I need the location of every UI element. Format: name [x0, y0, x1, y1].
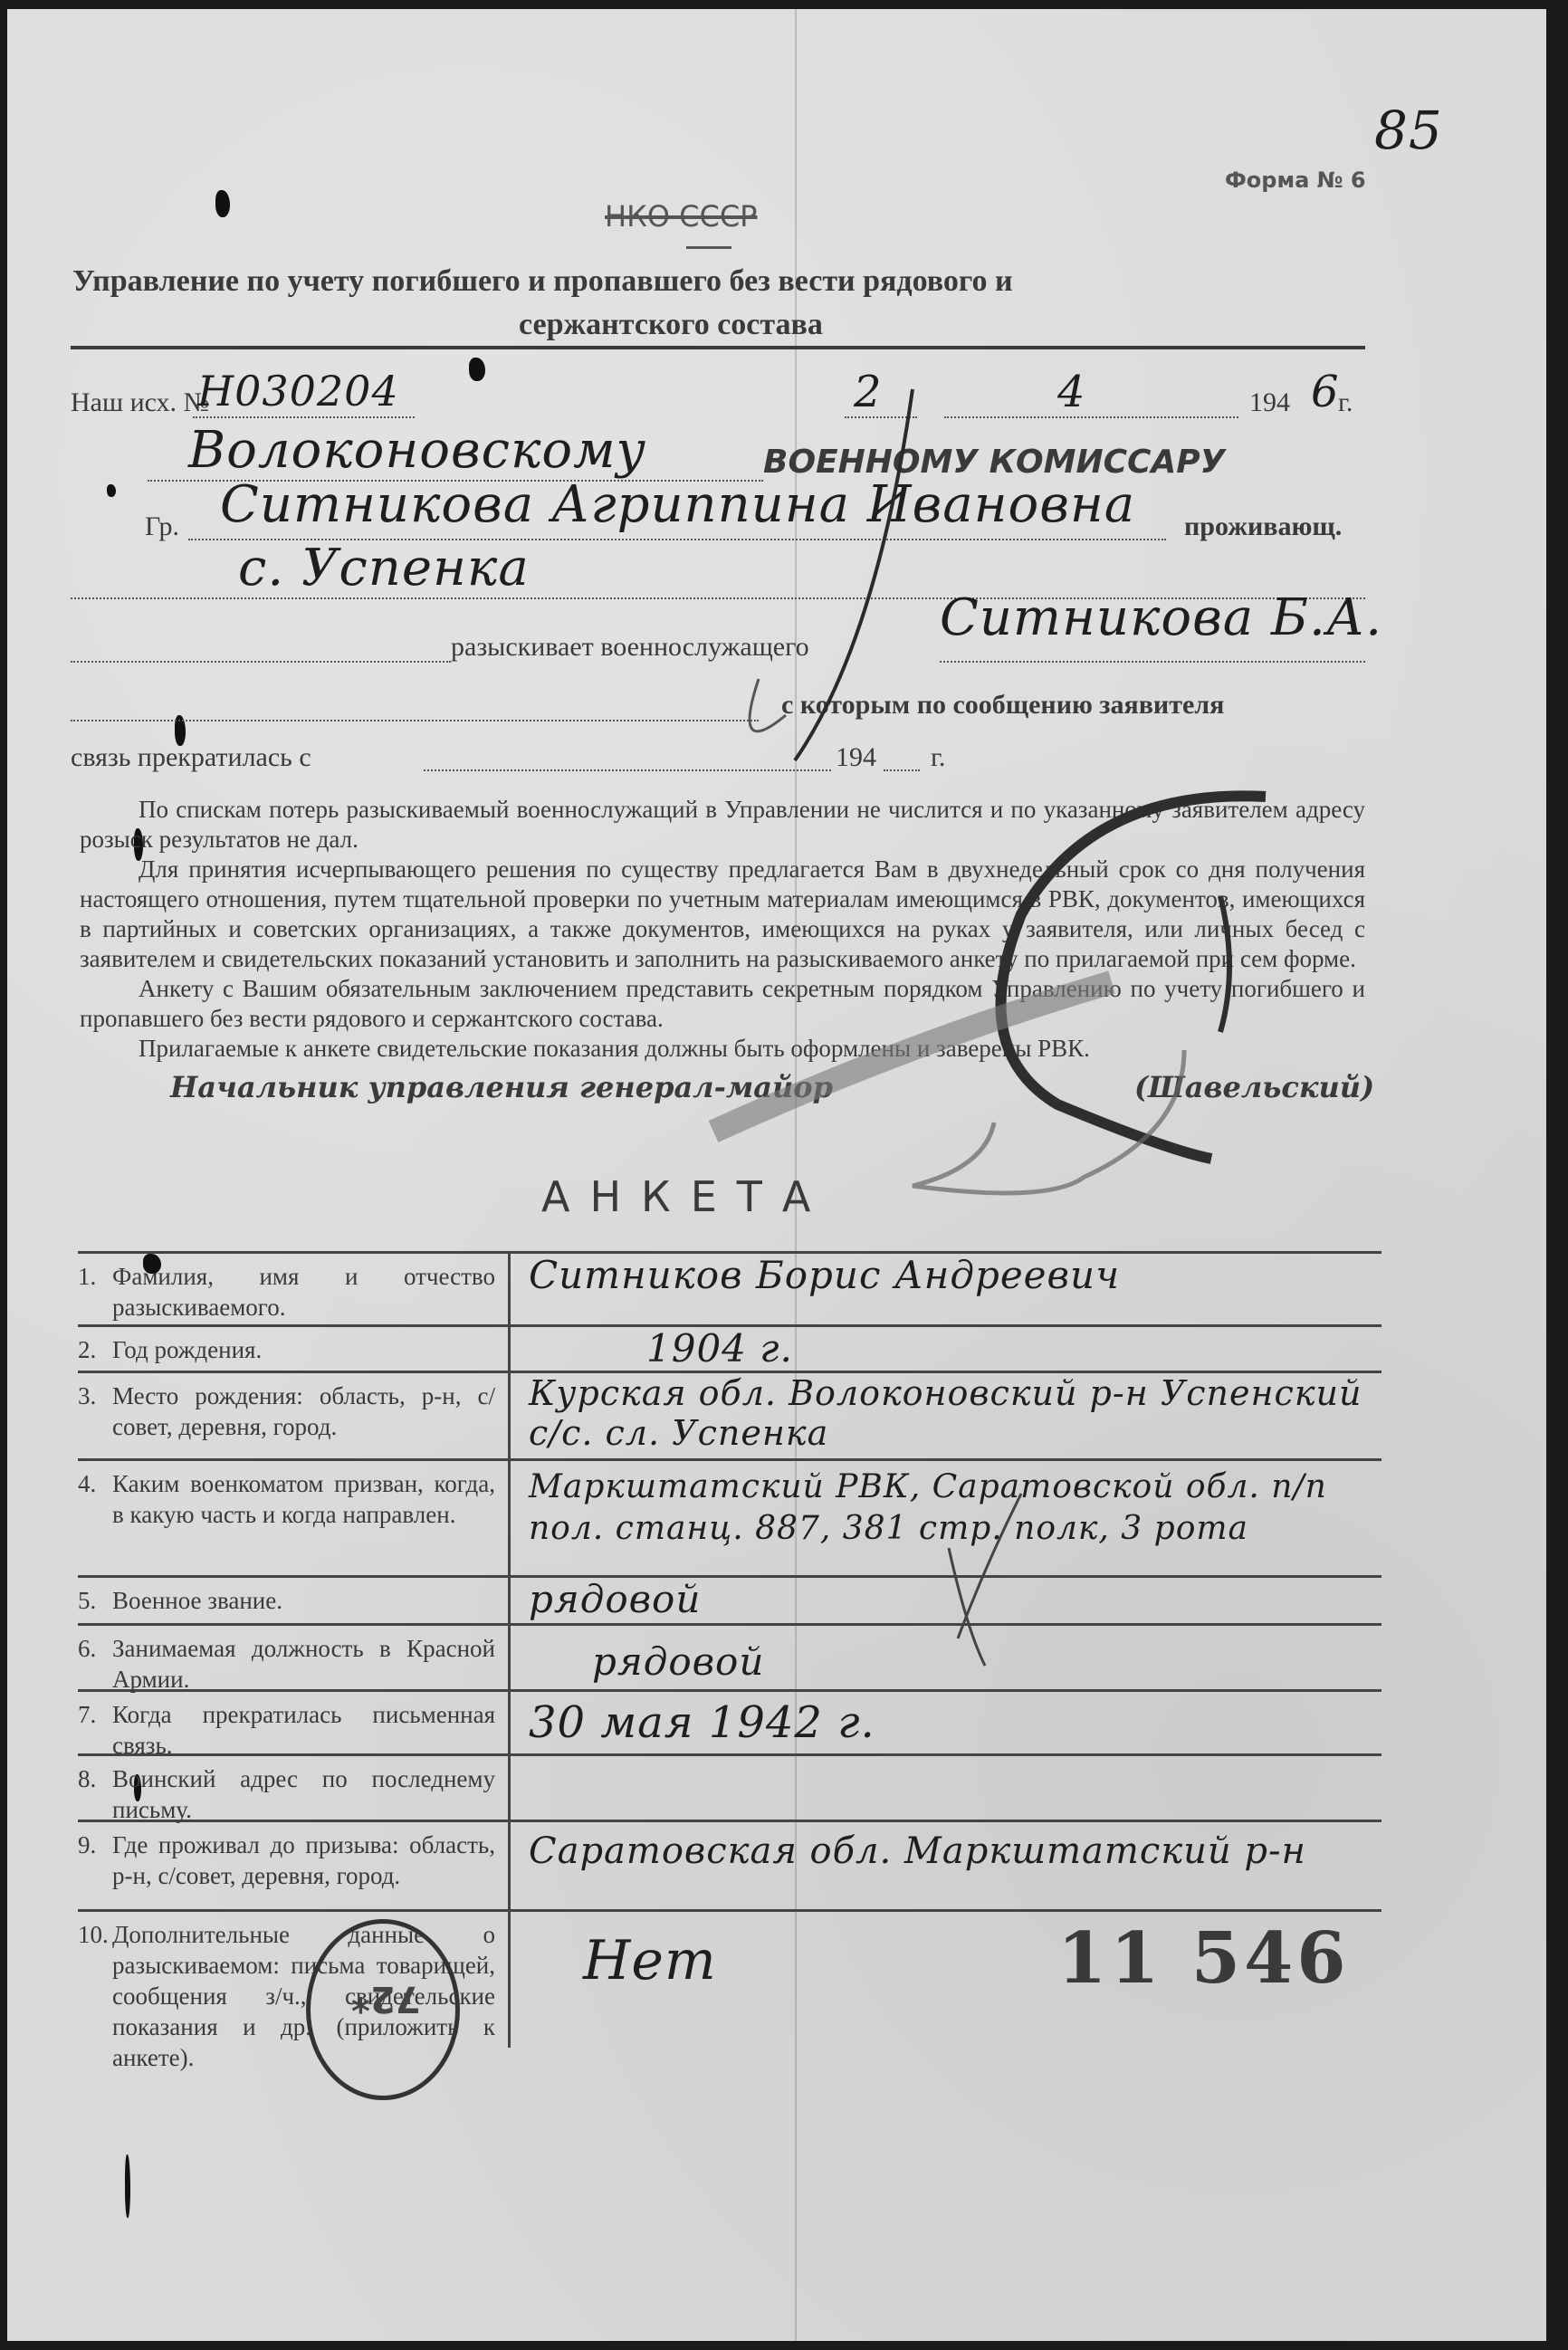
row-number: 4.	[78, 1468, 112, 1568]
row-label: Воинский адрес по последнему письму.	[112, 1763, 495, 1812]
row-value: рядовой	[511, 1578, 1382, 1623]
table-row: 8.Воинский адрес по последнему письму.	[78, 1756, 1382, 1822]
table-row: 5.Военное звание. рядовой	[78, 1578, 1382, 1626]
row-number: 3.	[78, 1380, 112, 1451]
row-label: Место рождения: область, р-н, с/совет, д…	[112, 1380, 495, 1451]
table-row: 3.Место рождения: область, р-н, с/совет,…	[78, 1373, 1382, 1461]
row-label: Год рождения.	[112, 1334, 262, 1363]
row-number: 2.	[78, 1334, 112, 1363]
row-number: 6.	[78, 1633, 112, 1682]
table-row: 7.Когда прекратилась письменная связь. 3…	[78, 1692, 1382, 1756]
row-value: 30 мая 1942 г.	[511, 1692, 1382, 1753]
table-row: 6.Занимаемая должность в Красной Армии. …	[78, 1626, 1382, 1692]
table-row: 1.Фамилия, имя и отчество разыскиваемого…	[78, 1254, 1382, 1327]
document-page: 85 Форма № 6 НКО СССР Управление по учет…	[7, 9, 1546, 2341]
row-label: Каким военкоматом призван, когда, в каку…	[112, 1468, 495, 1568]
row-number: 10.	[78, 1919, 112, 2040]
row-number: 5.	[78, 1585, 112, 1616]
row-value: Маркштатский РВК, Саратовской обл. п/п п…	[511, 1461, 1382, 1575]
row-value: Ситников Борис Андреевич	[511, 1254, 1382, 1324]
row-label: Занимаемая должность в Красной Армии.	[112, 1633, 495, 1682]
circle-stamp: 72*	[306, 1919, 460, 2100]
row-label: Когда прекратилась письменная связь.	[112, 1699, 495, 1746]
row-number: 7.	[78, 1699, 112, 1746]
table-row: 2.Год рождения. 1904 г.	[78, 1327, 1382, 1373]
row-label: Фамилия, имя и отчество разыскиваемого.	[112, 1261, 495, 1317]
table-row: 4.Каким военкоматом призван, когда, в ка…	[78, 1461, 1382, 1578]
row-label: Военное звание.	[112, 1585, 282, 1616]
row-value: 1904 г.	[511, 1327, 1382, 1371]
row-label: Где проживал до призыва: область, р-н, с…	[112, 1829, 495, 1902]
row-value	[511, 1756, 1382, 1820]
row-value: рядовой	[511, 1626, 1382, 1689]
registry-number: 11 546	[1057, 1917, 1350, 2000]
row-value: Курская обл. Волоконовский р-н Успенский…	[511, 1373, 1382, 1458]
row-number: 9.	[78, 1829, 112, 1902]
row-number: 8.	[78, 1763, 112, 1812]
row-value: Саратовская обл. Маркштатский р-н	[511, 1822, 1382, 1909]
questionnaire-title: АНКЕТА	[541, 1172, 830, 1221]
row-number: 1.	[78, 1261, 112, 1317]
table-row: 9.Где проживал до призыва: область, р-н,…	[78, 1822, 1382, 1912]
circle-stamp-text: 72*	[351, 1978, 421, 2020]
